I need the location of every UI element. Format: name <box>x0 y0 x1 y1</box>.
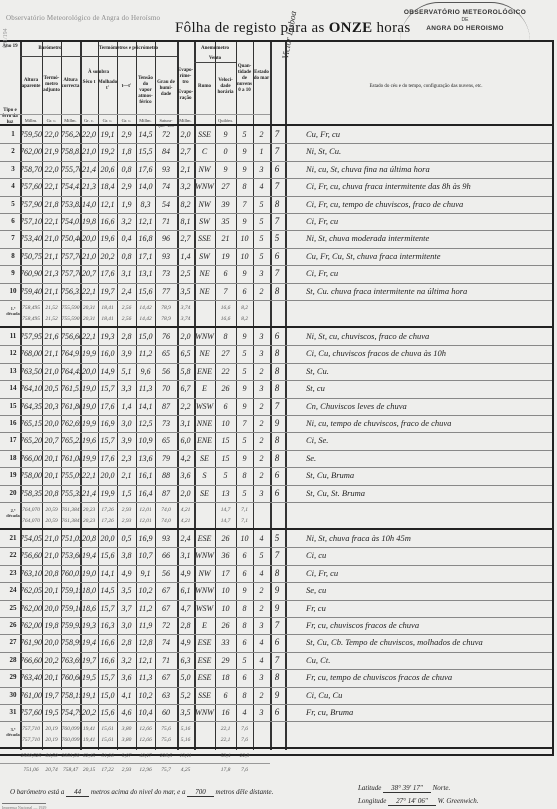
cell-evap: 3,2 <box>177 182 194 191</box>
day-number: 2 <box>6 147 20 155</box>
column-header: Rumo <box>194 84 215 90</box>
cell-grau: 228,5 <box>155 753 177 759</box>
cell-alt_corr: 757,76 <box>61 252 80 261</box>
sky-observation: Cu, Ct. <box>306 655 330 666</box>
cell-grau: 74,0 <box>155 507 177 513</box>
cloud-count: 7 <box>270 216 284 226</box>
column-header: À sombra <box>80 70 117 76</box>
cell-alt_corr: 759,15 <box>61 586 80 595</box>
cell-vel: 27 <box>215 349 236 358</box>
cloud-count: 5 <box>270 233 284 243</box>
baro-distance: 700 <box>187 788 214 797</box>
cell-alt_ap: 768,00 <box>20 349 42 358</box>
cell-mar: 5 <box>253 234 270 243</box>
cell-alt_corr: 754,07 <box>61 217 80 226</box>
cell-molh: 15,6 <box>98 551 117 560</box>
cell-evap: 6,7 <box>177 384 194 393</box>
cell-alt_ap: 757,60 <box>20 182 42 191</box>
cell-mar: 5 <box>253 200 270 209</box>
cell-grau: 84 <box>155 147 177 156</box>
column-header: Veloci-dade horária <box>215 78 236 96</box>
lat-suffix: Norte. <box>433 784 451 792</box>
cloud-count: 9 <box>270 690 284 700</box>
cloud-count: 9 <box>270 418 284 428</box>
cell-term: 21,52 <box>42 316 61 322</box>
cell-nuv: 22,9 <box>236 753 253 759</box>
cell-term: 19,8 <box>42 621 61 630</box>
row-rule <box>0 213 552 214</box>
day-number: 14 <box>6 384 20 392</box>
cell-molh: 17,26 <box>98 507 117 513</box>
lon-suffix: W. Greenwich. <box>438 797 479 805</box>
cell-dif: 3,8 <box>117 551 136 560</box>
cell-alt_ap: 758,495 <box>20 316 42 322</box>
cell-vel: 13 <box>215 489 236 498</box>
cell-term: 20,1 <box>42 471 61 480</box>
day-number: 29 <box>6 673 20 681</box>
longitude-line: Longitude 27° 14' 06" W. Greenwich. <box>358 797 479 805</box>
cell-alt_ap: 762,00 <box>20 147 42 156</box>
cell-mar: 2 <box>253 586 270 595</box>
cell-nuv: 10 <box>236 252 253 261</box>
cell-evap: 5,8 <box>177 367 194 376</box>
cell-evap: 5,0 <box>177 673 194 682</box>
cell-nuv: 6 <box>236 638 253 647</box>
cell-term: 20,74 <box>42 767 61 773</box>
cell-mar: 3 <box>253 332 270 341</box>
day-number: 5 <box>6 200 20 208</box>
cell-seco: 19,9 <box>80 454 98 463</box>
cell-nuv: 7,1 <box>236 507 253 513</box>
cell-alt_corr: 759,10 <box>61 604 80 613</box>
cell-seco: 19,8 <box>80 217 98 226</box>
cell-alt_ap: 758,495 <box>20 305 42 311</box>
cell-grau: 77 <box>155 287 177 296</box>
lon-label: Longitude <box>358 797 386 805</box>
column-header: Grau de humi-dade <box>155 80 177 98</box>
cell-alt_ap: 757,710 <box>20 737 42 743</box>
cell-dif: 3,7 <box>117 604 136 613</box>
cell-dif: 0,5 <box>117 534 136 543</box>
cell-term: 20,19 <box>42 737 61 743</box>
cell-alt_ap: 2560,525 <box>20 753 42 759</box>
cell-mar: 2 <box>253 367 270 376</box>
cell-grau: 54 <box>155 200 177 209</box>
cell-seco: 19,3 <box>80 621 98 630</box>
cell-mar: 3 <box>253 384 270 393</box>
cell-term: 21,9 <box>42 147 61 156</box>
day-number: 7 <box>6 234 20 242</box>
cell-grau: 71 <box>155 656 177 665</box>
sky-observation: Ci, cu <box>306 550 326 561</box>
cell-vel: 27 <box>215 182 236 191</box>
cell-rumo: SW <box>194 252 215 261</box>
row-rule <box>0 196 552 197</box>
cell-grau: 75,6 <box>155 737 177 743</box>
cell-grau: 72 <box>155 130 177 139</box>
cell-seco: 19,41 <box>80 737 98 743</box>
cell-evap: 2,7 <box>177 234 194 243</box>
cell-molh: 15,7 <box>98 436 117 445</box>
day-number: 4 <box>6 182 20 190</box>
cell-vel: 36 <box>215 551 236 560</box>
cell-nuv: 9 <box>236 269 253 278</box>
cell-dif: 2,56 <box>117 305 136 311</box>
cell-seco: 19,9 <box>80 349 98 358</box>
cell-seco: 18,0 <box>80 586 98 595</box>
observatory-header-small: Observatório Meteorológico de Angra do H… <box>6 14 160 22</box>
cell-evap: 3,5 <box>177 287 194 296</box>
cell-evap: 3,74 <box>177 316 194 322</box>
cell-grau: 74,0 <box>155 518 177 524</box>
cell-alt_corr: 751,05 <box>61 534 80 543</box>
day-number: 27 <box>6 638 20 646</box>
cell-tensao: 11,2 <box>136 604 155 613</box>
cell-alt_ap: 764,070 <box>20 518 42 524</box>
cell-evap: 6,0 <box>177 436 194 445</box>
cell-nuv: 8 <box>236 604 253 613</box>
cloud-count: 8 <box>270 435 284 445</box>
cell-molh: 19,9 <box>98 489 117 498</box>
cell-mar: 4 <box>253 534 270 543</box>
stamp-line-1: OBSERVATÓRIO METEOROLÓGICO <box>400 9 530 16</box>
cell-grau: 76 <box>155 332 177 341</box>
lat-label: Latitude <box>358 784 381 792</box>
day-number: 19 <box>6 471 20 479</box>
row-rule <box>0 415 552 416</box>
cloud-count: 7 <box>270 401 284 411</box>
cell-alt_corr: 758,81 <box>61 147 80 156</box>
cell-alt_corr: 755,76 <box>61 165 80 174</box>
cell-grau: 65 <box>155 349 177 358</box>
cell-nuv: 6 <box>236 569 253 578</box>
cell-rumo: E <box>194 384 215 393</box>
cell-tensao: 10,7 <box>136 551 155 560</box>
cell-dif: 2,93 <box>117 507 136 513</box>
cell-vel: 17,8 <box>215 767 236 773</box>
cell-evap: 4,21 <box>177 518 194 524</box>
cell-term: 21,3 <box>42 269 61 278</box>
cell-rumo: NNE <box>194 419 215 428</box>
column-header: Termómetros e psicrómetro <box>80 46 177 52</box>
cell-molh: 15,61 <box>98 726 117 732</box>
cell-term: 22,0 <box>42 130 61 139</box>
sky-observation: Fr, cu, Bruma <box>306 707 353 718</box>
cell-evap: 3,74 <box>177 305 194 311</box>
row-rule <box>0 687 552 688</box>
cell-grau: 72 <box>155 621 177 630</box>
cell-alt_ap: 757,95 <box>20 332 42 341</box>
cell-term: 22,1 <box>42 217 61 226</box>
cell-molh: 12,1 <box>98 200 117 209</box>
cell-dif: 3,3 <box>117 384 136 393</box>
cell-tensao: 10,9 <box>136 436 155 445</box>
cell-tensao: 16,8 <box>136 234 155 243</box>
cloud-count: 6 <box>270 470 284 480</box>
cell-tensao: 10,2 <box>136 586 155 595</box>
row-rule <box>0 363 552 364</box>
cell-alt_corr: 761,80 <box>61 402 80 411</box>
cell-vel: 7 <box>215 287 236 296</box>
cell-vel: 8 <box>215 332 236 341</box>
row-rule <box>0 704 552 705</box>
cell-seco: 19,4 <box>80 638 98 647</box>
cell-grau: 96 <box>155 234 177 243</box>
baro-middle: metros acima do nivel do mar, e a <box>89 788 187 796</box>
cell-molh: 15,7 <box>98 673 117 682</box>
cell-dif: 3,80 <box>117 737 136 743</box>
cell-dif: 9,07 <box>117 753 136 759</box>
cell-alt_corr: 760,60 <box>61 673 80 682</box>
cell-dif: 1,4 <box>117 402 136 411</box>
row-rule <box>0 582 552 583</box>
cell-vel: 53,4 <box>215 753 236 759</box>
day-number: 13 <box>6 367 20 375</box>
cell-term: 20,1 <box>42 454 61 463</box>
cell-tensao: 8,3 <box>136 200 155 209</box>
cell-evap: 1,4 <box>177 252 194 261</box>
row-rule <box>0 467 552 468</box>
cloud-count: 8 <box>270 286 284 296</box>
cell-grau: 87 <box>155 402 177 411</box>
cell-alt_ap: 766,60 <box>20 656 42 665</box>
column-header-sky-state: Estado do céu e do tempo, configuração d… <box>300 84 552 90</box>
cell-alt_corr: 761,384 <box>61 518 80 524</box>
cell-mar: 3 <box>253 621 270 630</box>
cell-mar: 2 <box>253 287 270 296</box>
cell-rumo: WNW <box>194 708 215 717</box>
cell-mar: 2 <box>253 402 270 411</box>
row-rule <box>0 143 552 144</box>
cell-alt_corr: 761,51 <box>61 384 80 393</box>
cell-alt_corr: 757,76 <box>61 269 80 278</box>
cloud-count: 9 <box>270 603 284 613</box>
cell-seco: 19,5 <box>80 673 98 682</box>
cell-tensao: 15,0 <box>136 332 155 341</box>
cell-grau: 78,9 <box>155 316 177 322</box>
cell-tensao: 14,5 <box>136 130 155 139</box>
cell-tensao: 15,6 <box>136 287 155 296</box>
cell-grau: 67 <box>155 673 177 682</box>
cell-molh: 17,6 <box>98 402 117 411</box>
cell-grau: 79 <box>155 454 177 463</box>
cell-mar: 2 <box>253 419 270 428</box>
cell-evap: 4,21 <box>177 507 194 513</box>
sky-observation: Ni, St, cu, chuviscos, fraco de chuva <box>306 331 429 342</box>
cell-dif: 2,9 <box>117 130 136 139</box>
cell-dif: 0,8 <box>117 252 136 261</box>
cell-grau: 70 <box>155 384 177 393</box>
cloud-count: 7 <box>270 146 284 156</box>
sky-observation: Ci, Cu, chuviscos fracos de chuva às 10h <box>306 348 446 359</box>
baro-prefix: O barómetro está a <box>10 788 66 796</box>
cell-tensao: 14,42 <box>136 316 155 322</box>
cloud-count: 6 <box>270 707 284 717</box>
cell-mar: 2 <box>253 454 270 463</box>
cell-vel: 0 <box>215 147 236 156</box>
unit-label: Gr. c. <box>117 118 136 123</box>
cell-tensao: 9,1 <box>136 569 155 578</box>
cell-nuv: 8 <box>236 471 253 480</box>
cell-tensao: 11,9 <box>136 621 155 630</box>
cell-vel: 5 <box>215 471 236 480</box>
cloud-count: 8 <box>270 366 284 376</box>
cell-evap: 5,16 <box>177 737 194 743</box>
cell-seco: 19,4 <box>80 551 98 560</box>
column-header: Termó-metro adjunto <box>42 76 61 94</box>
cell-rumo: WNW <box>194 551 215 560</box>
decade-rule <box>0 326 552 328</box>
cell-vel: 19 <box>215 252 236 261</box>
cell-mar: 2 <box>253 691 270 700</box>
cell-alt_corr: 760,07 <box>61 569 80 578</box>
cell-mar: 4 <box>253 569 270 578</box>
column-header: Estado do mar <box>253 70 270 82</box>
cell-rumo: NW <box>194 200 215 209</box>
cell-mar: 5 <box>253 252 270 261</box>
cell-nuv: 7,6 <box>236 737 253 743</box>
cell-seco: 18,6 <box>80 604 98 613</box>
cell-dif: 0,4 <box>117 234 136 243</box>
cell-grau: 67 <box>155 586 177 595</box>
sky-observation: Ci, Cu, Cu <box>306 690 342 701</box>
day-number: 20 <box>6 489 20 497</box>
unit-label: Satura-ção=100 <box>155 118 177 128</box>
sky-observation: St, Cu. chuva fraca intermitente na últi… <box>306 286 467 297</box>
cell-mar: 3 <box>253 673 270 682</box>
sky-observation: St, Cu, St. Bruma <box>306 488 365 499</box>
cell-vel: 10 <box>215 604 236 613</box>
cell-dif: 1,9 <box>117 200 136 209</box>
cell-nuv: 9 <box>236 454 253 463</box>
cell-dif: 3,1 <box>117 269 136 278</box>
cell-grau: 74 <box>155 182 177 191</box>
cell-nuv: 5 <box>236 130 253 139</box>
cell-rumo: WNW <box>194 182 215 191</box>
cell-alt_ap: 757,10 <box>20 217 42 226</box>
unit-label: Millm. <box>177 118 194 123</box>
sky-observation: St, Cu. <box>306 366 329 377</box>
cell-term: 20,3 <box>42 402 61 411</box>
cell-dif: 3,2 <box>117 656 136 665</box>
header-rule <box>20 56 80 57</box>
cell-evap: 4,2 <box>177 454 194 463</box>
cell-seco: 21,3 <box>80 182 98 191</box>
cell-alt_ap: 759,40 <box>20 287 42 296</box>
cell-dif: 2,3 <box>117 454 136 463</box>
cell-alt_ap: 757,90 <box>20 200 42 209</box>
column-header: Anemómetro <box>194 46 236 52</box>
cell-seco: 20,0 <box>80 234 98 243</box>
cloud-count: 9 <box>270 585 284 595</box>
cell-term: 20,0 <box>42 604 61 613</box>
stamp-line-2: DE <box>400 17 530 23</box>
cell-molh: 51,28 <box>98 753 117 759</box>
cell-molh: 16,0 <box>98 349 117 358</box>
cell-grau: 93 <box>155 534 177 543</box>
cell-tensao: 11,3 <box>136 384 155 393</box>
unit-label: Millm. <box>136 118 155 123</box>
row-rule <box>0 283 552 284</box>
column-header: Tensão do vapor atmos-férico <box>136 76 155 106</box>
column-header: Evapo-ração <box>177 90 194 102</box>
cell-seco: 22,0 <box>80 130 98 139</box>
row-rule <box>0 669 552 670</box>
cell-molh: 20,2 <box>98 252 117 261</box>
cloud-count: 8 <box>270 199 284 209</box>
cell-grau: 88 <box>155 471 177 480</box>
cell-evap: 4,9 <box>177 569 194 578</box>
row-rule <box>0 485 552 486</box>
cell-alt_corr: 753,82 <box>61 200 80 209</box>
column-divider <box>285 42 287 750</box>
cloud-count: 5 <box>270 533 284 543</box>
cell-nuv: 8,2 <box>236 305 253 311</box>
cell-mar: 3 <box>253 165 270 174</box>
cell-vel: 17 <box>215 569 236 578</box>
cell-alt_corr: 750,40 <box>61 234 80 243</box>
cell-vel: 15 <box>215 454 236 463</box>
cell-seco: 22,1 <box>80 287 98 296</box>
cell-grau: 74 <box>155 638 177 647</box>
barometer-note: O barómetro está a 44 metros acima do ni… <box>10 788 273 796</box>
cell-term: 21,8 <box>42 200 61 209</box>
cell-mar: 1 <box>253 147 270 156</box>
row-rule <box>0 634 552 635</box>
cell-tensao: 12,01 <box>136 507 155 513</box>
day-number: 3 <box>6 165 20 173</box>
cell-alt_corr: 758,15 <box>61 691 80 700</box>
cell-dif: 3,80 <box>117 726 136 732</box>
unit-label: Quilóm. <box>215 118 236 123</box>
cell-alt_corr: 760,099 <box>61 726 80 732</box>
cell-seco: 20,2 <box>80 708 98 717</box>
cell-tensao: 14,1 <box>136 402 155 411</box>
cell-nuv: 8 <box>236 691 253 700</box>
cell-nuv: 7 <box>236 419 253 428</box>
cell-alt_corr: 758,99 <box>61 638 80 647</box>
cell-vel: 22,1 <box>215 737 236 743</box>
cell-rumo: NE <box>194 349 215 358</box>
day-number: 26 <box>6 621 20 629</box>
cell-nuv: 9 <box>236 147 253 156</box>
cell-molh: 14,1 <box>98 569 117 578</box>
row-rule <box>0 300 552 301</box>
row-rule <box>0 652 552 653</box>
cell-grau: 73 <box>155 419 177 428</box>
cell-molh: 19,2 <box>98 147 117 156</box>
cell-term: 20,1 <box>42 586 61 595</box>
cell-nuv: 5 <box>236 349 253 358</box>
cell-vel: 16 <box>215 708 236 717</box>
cell-alt_ap: 762,05 <box>20 586 42 595</box>
cell-dif: 3,2 <box>117 217 136 226</box>
cell-alt_corr: 761,384 <box>61 507 80 513</box>
cell-tensao: 13,6 <box>136 454 155 463</box>
cell-vel: 10 <box>215 419 236 428</box>
row-rule <box>0 565 552 566</box>
cell-rumo: ESE <box>194 534 215 543</box>
cell-vel: 14,7 <box>215 518 236 524</box>
cell-seco: 21,0 <box>80 147 98 156</box>
cell-term: 21,52 <box>42 305 61 311</box>
cell-molh: 17,22 <box>98 767 117 773</box>
cell-molh: 16,6 <box>98 656 117 665</box>
cell-nuv: 6 <box>236 287 253 296</box>
cell-tensao: 12,8 <box>136 638 155 647</box>
sky-observation: Fr, cu, chuviscos fracos de chuva <box>306 620 419 631</box>
cell-nuv: 10 <box>236 534 253 543</box>
